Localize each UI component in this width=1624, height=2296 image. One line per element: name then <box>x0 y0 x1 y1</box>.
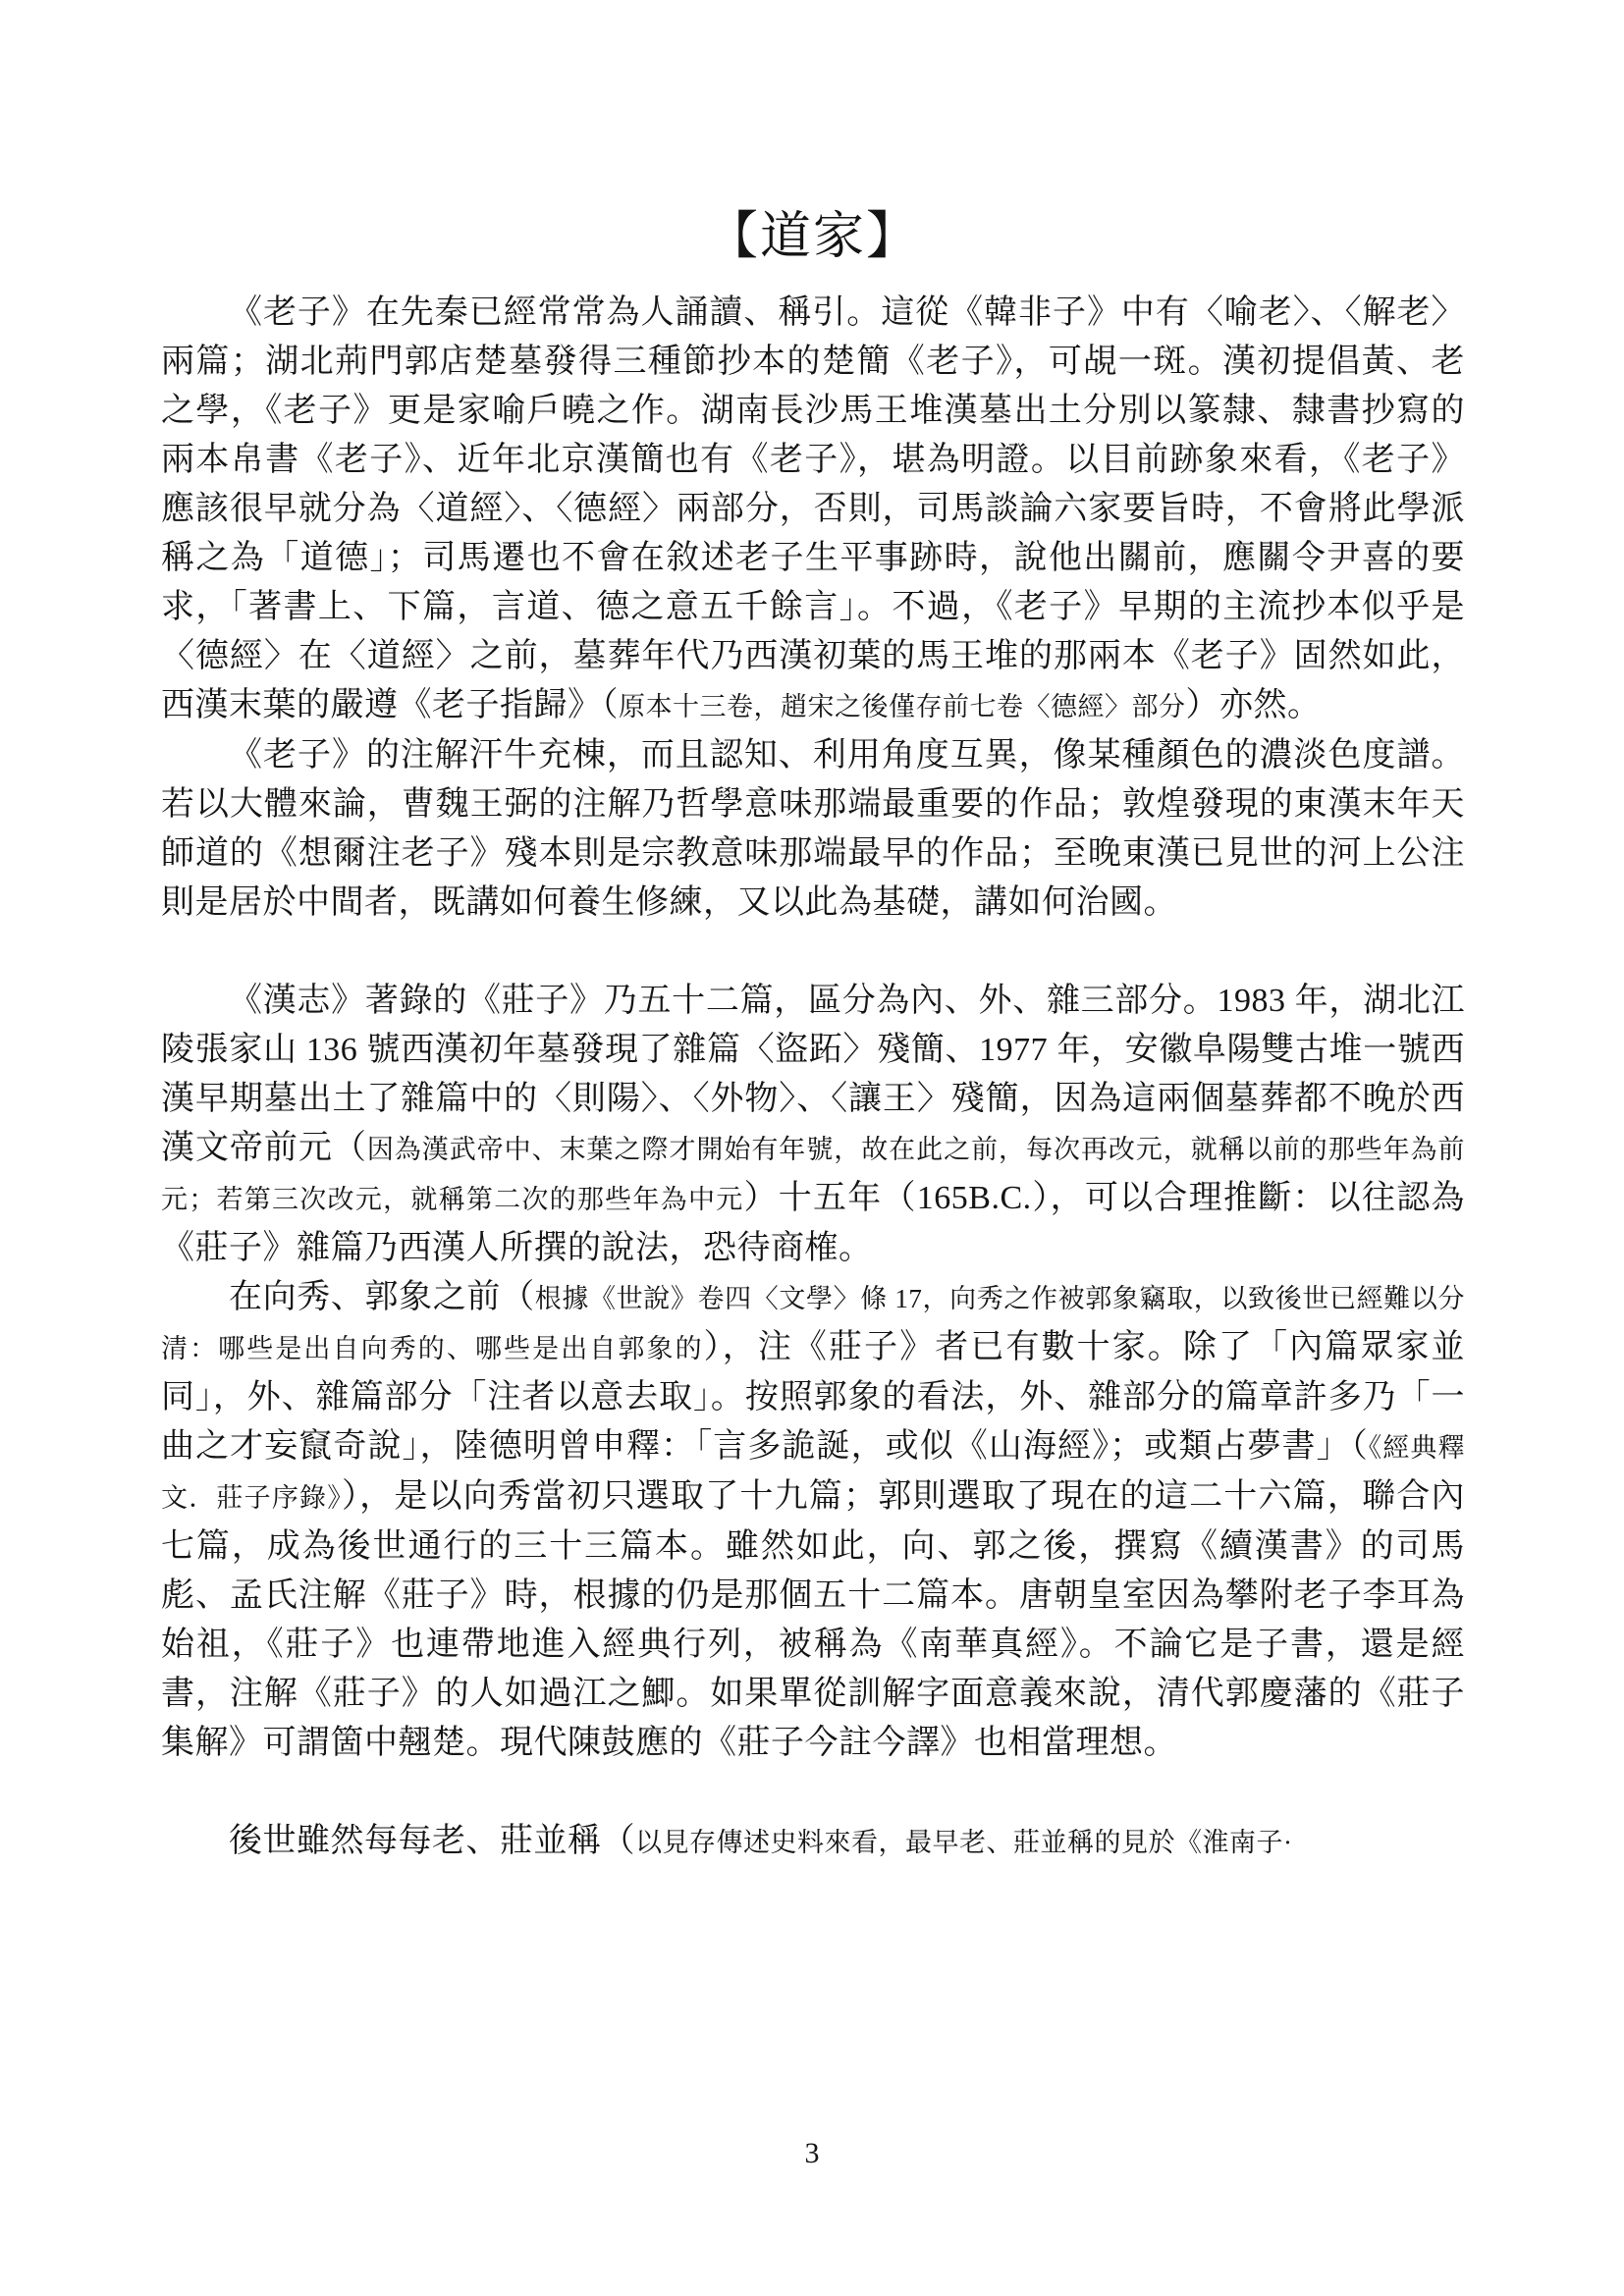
paragraph: 在向秀、郭象之前（根據《世說》卷四〈文學〉條 17，向秀之作被郭象竊取，以致後世… <box>161 1273 1465 1768</box>
text-segment: 以見存傳述史料來看，最早老、莊並稱的見於《淮南子· <box>635 1828 1293 1857</box>
text-segment: 在向秀、郭象之前（ <box>229 1279 535 1315</box>
paragraph: 《老子》在先秦已經常常為人誦讀、稱引。這從《韓非子》中有〈喻老〉、〈解老〉兩篇；… <box>161 289 1465 731</box>
text-segment: 《老子》在先秦已經常常為人誦讀、稱引。這從《韓非子》中有〈喻老〉、〈解老〉兩篇；… <box>161 294 1465 723</box>
text-segment: ）亦然。 <box>1186 687 1322 723</box>
text-segment: 《老子》的注解汗牛充棟，而且認知、利用角度互異，像某種顏色的濃淡色度譜。若以大體… <box>161 737 1465 921</box>
text-segment: ），是以向秀當初只選取了十九篇；郭則選取了現在的這二十六篇，聯合內七篇，成為後世… <box>161 1478 1465 1761</box>
document-body: 《老子》在先秦已經常常為人誦讀、稱引。這從《韓非子》中有〈喻老〉、〈解老〉兩篇；… <box>161 289 1465 1867</box>
document-page: 【道家】 《老子》在先秦已經常常為人誦讀、稱引。這從《韓非子》中有〈喻老〉、〈解… <box>0 0 1624 2296</box>
paragraph: 後世雖然每每老、莊並稱（以見存傳述史料來看，最早老、莊並稱的見於《淮南子· <box>161 1817 1465 1867</box>
page-number: 3 <box>0 2137 1624 2170</box>
paragraph: 《老子》的注解汗牛充棟，而且認知、利用角度互異，像某種顏色的濃淡色度譜。若以大體… <box>161 731 1465 928</box>
text-segment: 原本十三卷，趙宋之後僅存前七卷〈德經〉部分 <box>619 692 1186 721</box>
page-title: 【道家】 <box>161 208 1465 267</box>
text-segment: 後世雖然每每老、莊並稱（ <box>229 1823 635 1859</box>
paragraph: 《漢志》著錄的《莊子》乃五十二篇，區分為內、外、雜三部分。1983 年，湖北江陵… <box>161 977 1465 1273</box>
